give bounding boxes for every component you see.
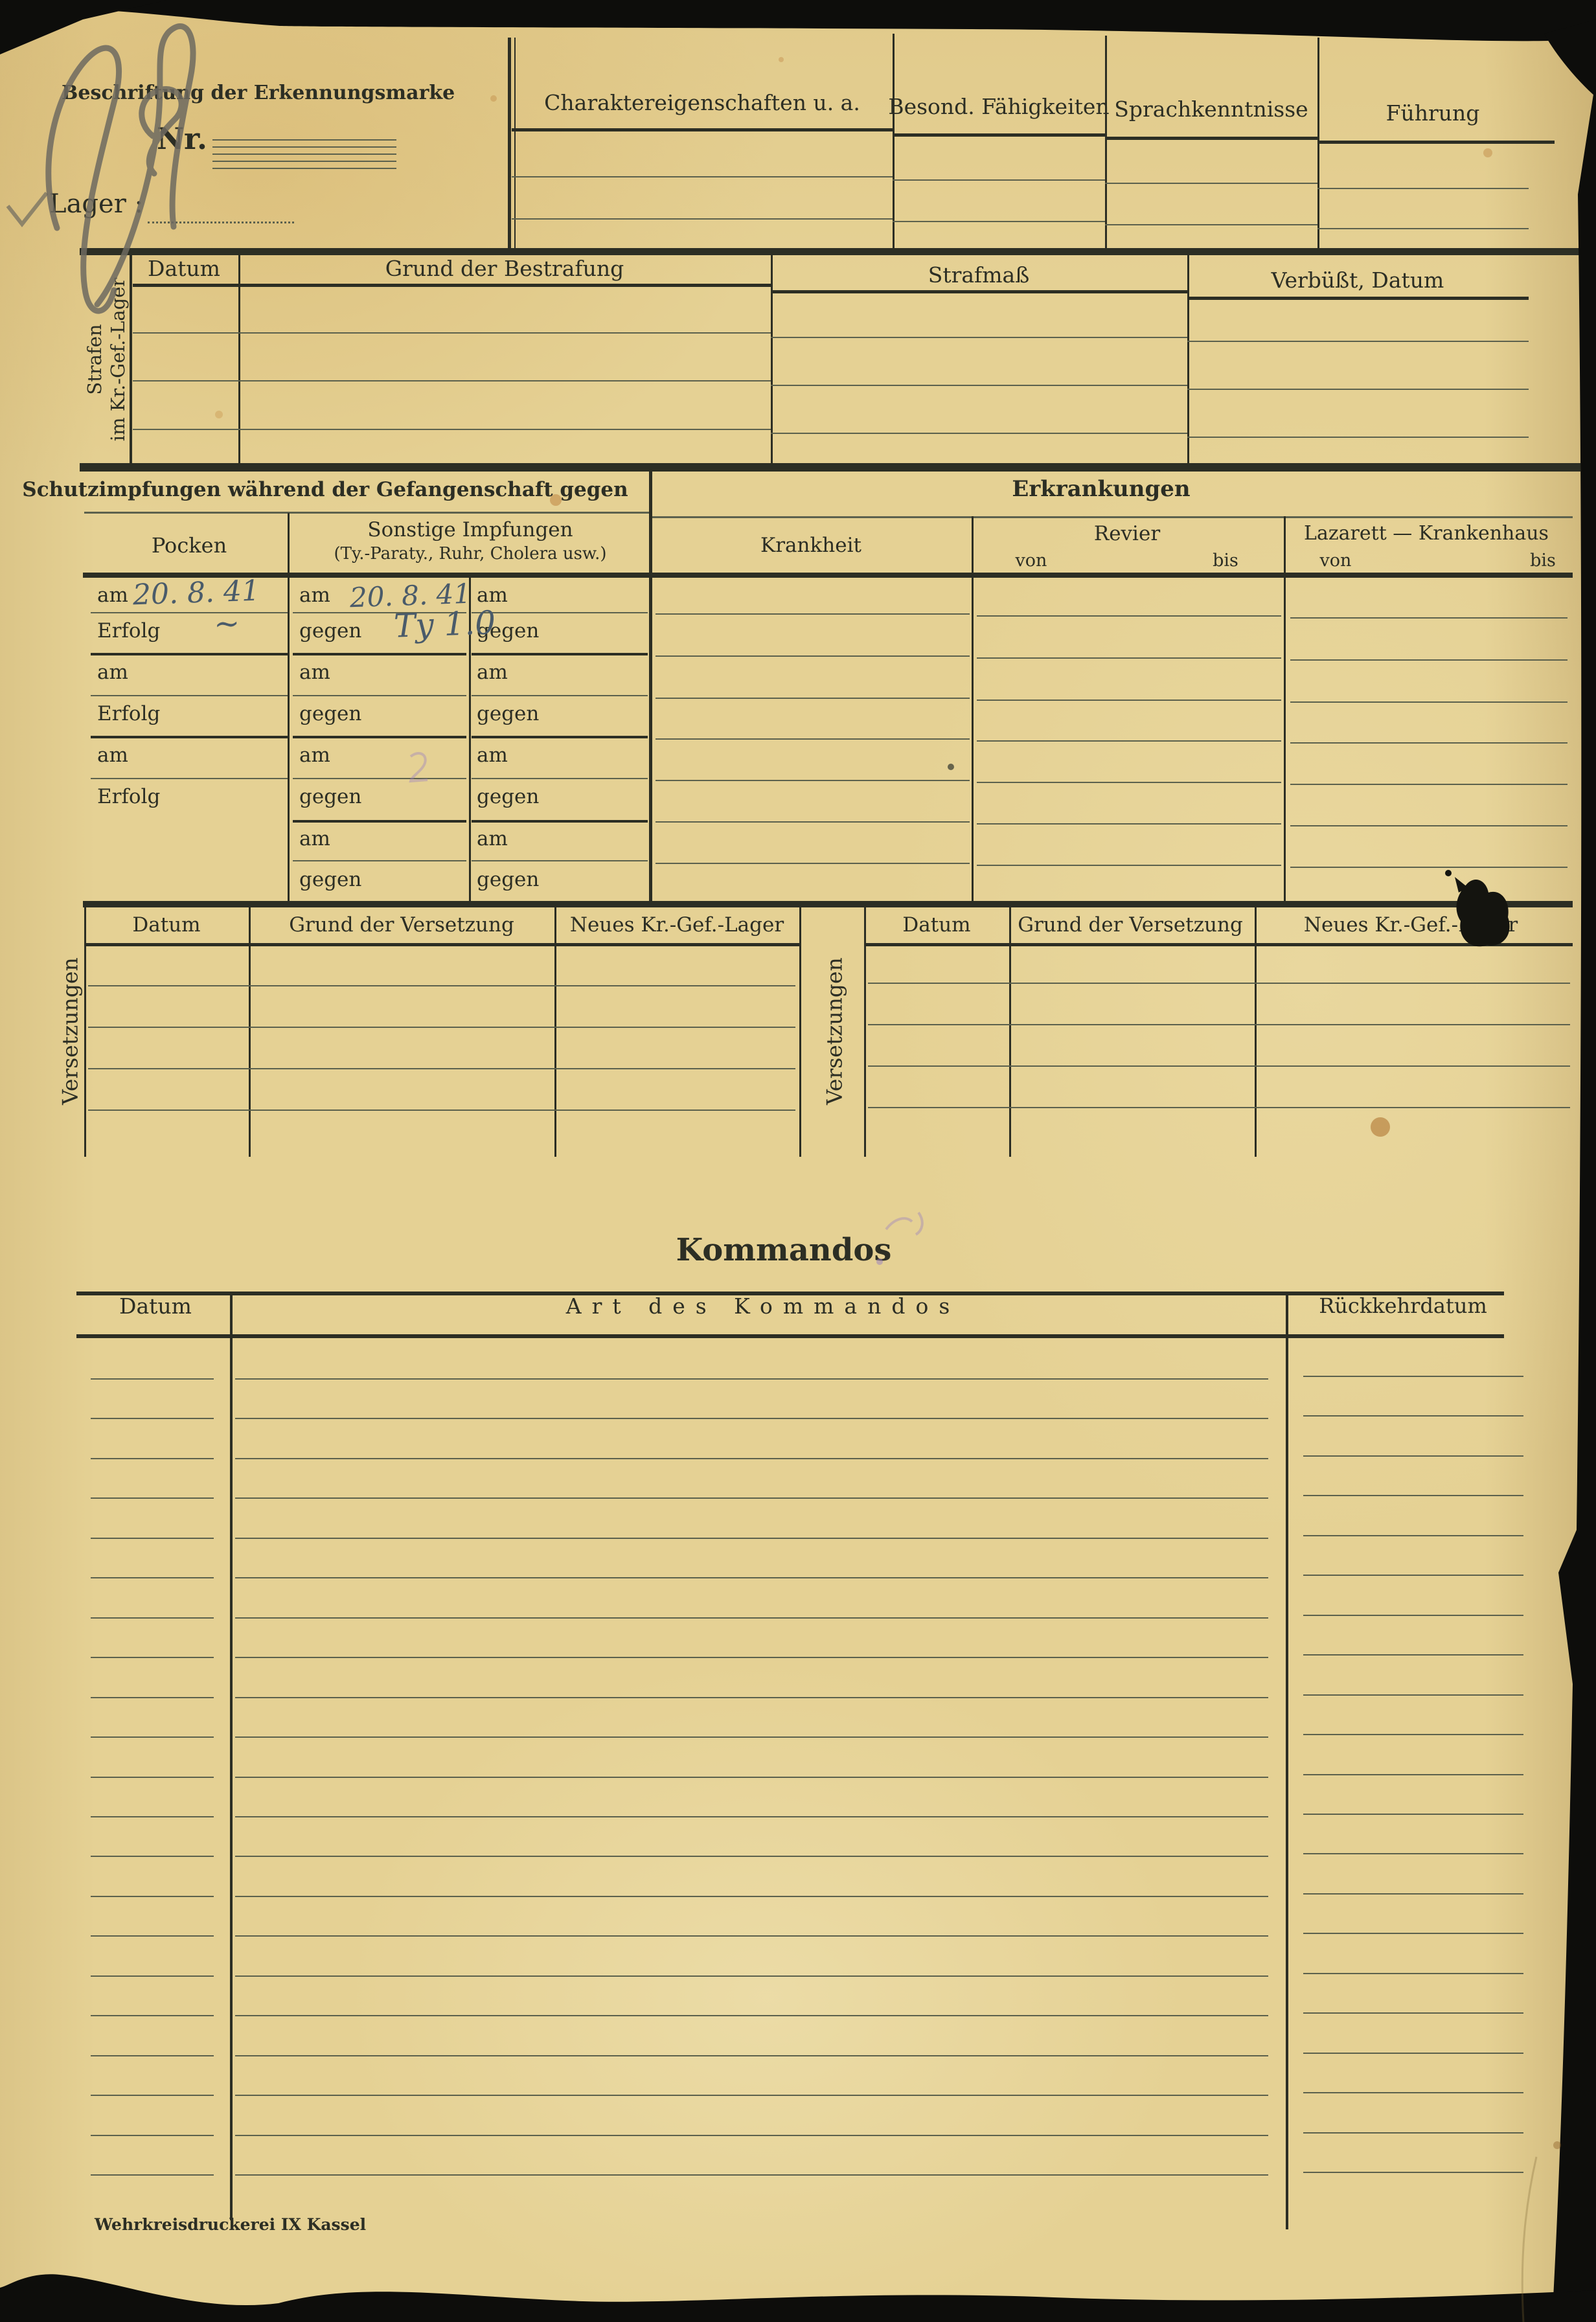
rule-line [91, 778, 288, 779]
pocken-erfolg-label: Erfolg [97, 703, 160, 725]
rule-line [212, 146, 396, 148]
sonstige-gegen-label: gegen [477, 869, 539, 891]
rule-line [80, 248, 1580, 255]
id-block-title: Beschriftung der Erkennungsmarke [62, 83, 455, 104]
rule-line [235, 1777, 1268, 1778]
sonstige-gegen-label: gegen [299, 703, 361, 725]
rule-line [91, 1935, 214, 1937]
rule-line [1303, 1495, 1523, 1496]
rule-line [977, 865, 1281, 866]
traits-col-abilities: Besond. Fähigkeiten [888, 96, 1109, 119]
rule-line [1303, 1774, 1523, 1775]
rule-line [91, 1497, 214, 1499]
transfers-right-side-label: Versetzungen [822, 957, 847, 1105]
rule-line [1105, 137, 1317, 140]
rule-line [88, 985, 795, 986]
rule-line [91, 695, 288, 696]
rule-line [1105, 224, 1317, 225]
rule-line [1303, 1853, 1523, 1854]
transfers-right-col-date: Datum [902, 915, 970, 936]
rule-line [1303, 1933, 1523, 1934]
id-number-label: Nr. [157, 123, 207, 154]
sonstige-am-label: am [477, 745, 508, 766]
punishments-col-served: Verbüßt, Datum [1271, 269, 1444, 292]
pocken-erfolg-label: Erfolg [97, 786, 160, 808]
rule-line [235, 2095, 1268, 2096]
traits-col-character: Charaktereigenschaften u. a. [544, 92, 860, 115]
rule-line [212, 139, 396, 141]
rule-line [868, 1065, 1570, 1067]
rule-line [512, 176, 893, 177]
rule-line [771, 385, 1187, 386]
illnesses-sickbay-to: bis [1213, 552, 1238, 570]
sonstige-am-label: am [477, 662, 508, 683]
rule-line [1317, 141, 1555, 144]
rule-line [293, 860, 466, 861]
rule-line [91, 612, 288, 613]
rule-line [472, 820, 648, 823]
punishments-col-date: Datum [148, 258, 220, 280]
rule-line [655, 863, 970, 864]
rule-line [91, 1577, 214, 1578]
rule-line [1187, 437, 1529, 438]
rule-line [1303, 1415, 1523, 1417]
sonstige-gegen-label: gegen [299, 786, 361, 808]
illnesses-hospital-to: bis [1530, 552, 1556, 570]
rule-line [84, 943, 799, 946]
rule-line [1303, 2012, 1523, 2014]
kommandos-col-date: Datum [119, 1295, 192, 1318]
rule-line [977, 700, 1281, 701]
vaccinations-col-smallpox: Pocken [152, 535, 227, 557]
rule-line [1187, 297, 1529, 300]
illnesses-col-disease: Krankheit [760, 535, 861, 556]
rule-line [91, 1538, 214, 1539]
rule-line [91, 1856, 214, 1857]
rule-line [1303, 1654, 1523, 1656]
rule-line [91, 1458, 214, 1459]
rule-line [133, 429, 771, 430]
rule-line [91, 1975, 214, 1977]
sonstige-gegen-label: gegen [477, 703, 539, 725]
rule-line [508, 38, 511, 253]
rule-line [235, 2174, 1268, 2176]
sonstige-am-label: am [477, 828, 508, 850]
rule-line [1303, 1615, 1523, 1616]
rule-line [235, 1657, 1268, 1658]
rule-line [133, 284, 771, 287]
rule-line [235, 1577, 1268, 1578]
rule-line [1286, 1292, 1288, 2229]
rule-line [1290, 617, 1567, 619]
sonstige-gegen-label: gegen [477, 786, 539, 808]
rule-line [1187, 341, 1529, 342]
handwriting-smallpox-date: 20. 8. 41 [132, 576, 260, 611]
rule-line [512, 218, 893, 220]
rule-line [1303, 1814, 1523, 1815]
rule-line [1290, 701, 1567, 703]
rule-line [649, 516, 1573, 518]
rule-line [230, 1292, 233, 2220]
rule-line [212, 154, 396, 155]
rule-line [472, 778, 648, 779]
rule-line [91, 2015, 214, 2016]
rule-line [864, 943, 1573, 946]
rule-line [83, 901, 1573, 907]
rule-line [293, 778, 466, 779]
rule-line [91, 1378, 214, 1380]
camp-fill-line [148, 199, 294, 223]
rule-line [868, 1107, 1570, 1108]
sonstige-am-label: am [299, 585, 330, 606]
rule-line [76, 1334, 1504, 1338]
rule-line [893, 133, 1105, 137]
rule-line [91, 1777, 214, 1778]
rule-line [130, 255, 132, 463]
rule-line [235, 2135, 1268, 2136]
rule-line [91, 2135, 214, 2136]
sonstige-am-label: am [299, 662, 330, 683]
illnesses-sickbay-from: von [1016, 552, 1047, 570]
rule-line [977, 615, 1281, 617]
rule-line [1303, 1694, 1523, 1696]
rule-line [91, 1896, 214, 1897]
rule-line [235, 1816, 1268, 1817]
rule-line [88, 1110, 795, 1111]
rule-line [83, 573, 1573, 578]
transfers-right-col-reason: Grund der Versetzung [1018, 915, 1243, 936]
traits-col-conduct: Führung [1386, 102, 1480, 125]
rule-line [235, 1418, 1268, 1419]
rule-line [1303, 1376, 1523, 1377]
rule-line [235, 1617, 1268, 1619]
illnesses-col-hospital: Lazarett — Krankenhaus [1304, 523, 1549, 544]
rule-line [893, 221, 1105, 222]
rule-line [655, 821, 970, 823]
punishments-side-label-line1: Strafen [83, 278, 106, 442]
rule-line [91, 1816, 214, 1817]
illnesses-col-sickbay: Revier [1094, 523, 1160, 545]
rule-line [655, 698, 970, 699]
rule-line [977, 823, 1281, 825]
rule-line [235, 1538, 1268, 1539]
rule-line [293, 653, 466, 655]
rule-line [1284, 516, 1286, 901]
rule-line [80, 463, 1580, 472]
rule-line [91, 2095, 214, 2096]
rule-line [472, 653, 648, 655]
rule-line [472, 695, 648, 696]
rule-line [133, 380, 771, 381]
rule-line [91, 2174, 214, 2176]
printer-imprint: Wehrkreisdruckerei IX Kassel [95, 2216, 366, 2233]
rule-line [1303, 1455, 1523, 1457]
rule-line [235, 1458, 1268, 1459]
transfers-left-col-new-camp: Neues Kr.-Gef.-Lager [570, 915, 784, 936]
rule-line [771, 255, 773, 463]
pocken-am-label: am [97, 745, 128, 766]
vaccinations-col-other-line1: Sonstige Impfungen [367, 519, 573, 541]
rule-line [293, 820, 466, 823]
rule-line [799, 905, 801, 1157]
rule-line [235, 1896, 1268, 1897]
rule-line [1303, 2092, 1523, 2093]
rule-line [1317, 228, 1529, 229]
rule-line [1290, 659, 1567, 661]
vaccinations-col-other-line2: (Ty.-Paraty., Ruhr, Cholera usw.) [334, 545, 606, 563]
rule-line [472, 736, 648, 738]
pocken-erfolg-label: Erfolg [97, 620, 160, 642]
rule-line [1105, 36, 1107, 251]
rule-line [212, 161, 396, 162]
rule-line [88, 1068, 795, 1069]
punishments-side-label-line2: im Kr.-Gef.-Lager [106, 278, 130, 442]
rule-line [893, 179, 1105, 181]
rule-line [235, 2015, 1268, 2016]
rule-line [655, 655, 970, 657]
rule-line [91, 1657, 214, 1658]
sonstige-am-label: am [477, 585, 508, 606]
rule-line [91, 1418, 214, 1419]
transfers-left-col-reason: Grund der Versetzung [289, 915, 514, 936]
rule-line [235, 1378, 1268, 1380]
rule-line [1303, 1734, 1523, 1735]
rule-line [235, 2055, 1268, 2056]
illnesses-hospital-from: von [1320, 552, 1352, 570]
rule-line [288, 513, 290, 901]
rule-line [1290, 784, 1567, 785]
rule-line [893, 34, 895, 251]
rule-line [1303, 1575, 1523, 1576]
rule-line [1317, 38, 1319, 251]
punishments-side-label: Strafen im Kr.-Gef.-Lager [83, 278, 130, 442]
rule-line [293, 736, 466, 738]
transfers-left-side-label: Versetzungen [58, 957, 83, 1105]
rule-line [1303, 2132, 1523, 2134]
rule-line [91, 2055, 214, 2056]
rule-line [771, 290, 1187, 293]
rule-line [84, 512, 649, 514]
rule-line [1303, 1973, 1523, 1974]
rule-line [293, 695, 466, 696]
rule-line [771, 433, 1187, 434]
rule-line [977, 782, 1281, 783]
rule-line [235, 1697, 1268, 1698]
rule-line [972, 516, 974, 901]
rule-line [235, 1856, 1268, 1857]
illnesses-title: Erkrankungen [1012, 478, 1190, 501]
rule-line [655, 738, 970, 740]
rule-line [1187, 389, 1529, 390]
rule-line [91, 1617, 214, 1619]
rule-line [1303, 1893, 1523, 1895]
sonstige-gegen-label: gegen [299, 869, 361, 891]
rule-line [655, 613, 970, 615]
rule-line [649, 463, 652, 901]
rule-line [91, 1736, 214, 1738]
scanned-pow-record-card: Beschriftung der Erkennungsmarke Nr. Lag… [0, 0, 1596, 2322]
rule-line [1290, 742, 1567, 744]
rule-line [1105, 183, 1317, 184]
rule-line [212, 168, 396, 169]
rule-line [91, 1697, 214, 1698]
rule-line [235, 1497, 1268, 1499]
rule-line [868, 983, 1570, 984]
rule-line [977, 657, 1281, 659]
rule-line [977, 740, 1281, 742]
rule-line [88, 1027, 795, 1028]
rule-line [235, 1736, 1268, 1738]
sonstige-am-label: am [299, 745, 330, 766]
punishments-col-sentence: Strafmaß [928, 264, 1030, 287]
rule-line [1303, 1535, 1523, 1536]
transfers-right-col-new-camp: Neues Kr.-Gef.-Lager [1304, 915, 1518, 936]
transfers-left-col-date: Datum [132, 915, 200, 936]
rule-line [514, 38, 516, 253]
handwriting-smallpox-result: ∼ [213, 607, 240, 641]
rule-line [235, 1935, 1268, 1937]
rule-line [868, 1024, 1570, 1025]
punishments-col-reason: Grund der Bestrafung [385, 258, 624, 280]
rule-line [133, 332, 771, 334]
kommandos-title: Kommandos [676, 1234, 892, 1266]
traits-col-languages: Sprachkenntnisse [1114, 98, 1308, 121]
rule-line [1187, 255, 1189, 463]
rule-line [1290, 825, 1567, 826]
rule-line [472, 612, 648, 613]
pocken-am-label: am [97, 662, 128, 683]
rule-line [655, 780, 970, 781]
camp-label: Lager : [49, 190, 143, 218]
rule-line [235, 1975, 1268, 1977]
rule-line [91, 736, 288, 738]
rule-line [1317, 188, 1529, 189]
rule-line [91, 653, 288, 655]
handwriting-other-against: Ty 1.0 [393, 606, 496, 643]
rule-line [472, 860, 648, 861]
rule-line [1303, 2172, 1523, 2173]
rule-line [771, 337, 1187, 338]
rule-line [1303, 2053, 1523, 2054]
sonstige-am-label: am [299, 828, 330, 850]
pocken-am-label: am [97, 585, 128, 606]
rule-line [1290, 867, 1567, 868]
vaccinations-title: Schutzimpfungen während der Gefangenscha… [22, 479, 628, 501]
rule-line [512, 128, 893, 131]
kommandos-col-type: Art des Kommandos [566, 1295, 961, 1318]
sonstige-gegen-label: gegen [299, 620, 361, 642]
kommandos-col-return-date: Rückkehrdatum [1319, 1295, 1487, 1317]
